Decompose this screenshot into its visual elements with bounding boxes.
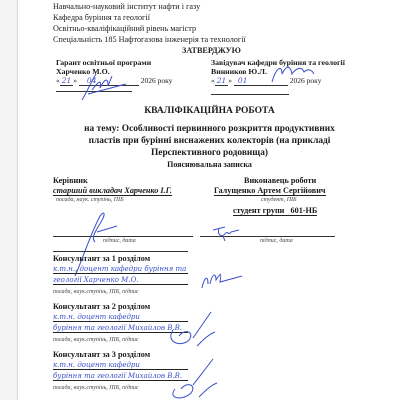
document-page: Навчально-науковий інститут нафти і газу… <box>17 0 400 400</box>
consultant-1-label: Консультант за 1 розділом <box>53 254 150 263</box>
explanatory-note: Пояснювальна записка <box>18 160 400 169</box>
department-name: Кафедра буріння та геології <box>53 13 150 23</box>
consultant-1-hand-line-1: к.т.н., доцент кафедри буріння та <box>53 265 188 274</box>
consultant-3-caption: посада, наук.ступінь, ПІБ, підпис <box>53 385 139 391</box>
supervisor-label: Керівник <box>53 176 88 185</box>
author-sign-caption: підпис, дата <box>260 238 293 244</box>
supervisor-value: старший викладач Харченко І.Г. <box>53 186 172 196</box>
head-of-department-name: Винников Ю.Л. <box>211 67 267 76</box>
consultant-2-caption: посада, наук.ступінь, ПІБ, підпис <box>53 337 139 343</box>
author-label: Виконавець роботи <box>244 176 316 185</box>
work-title: КВАЛІФІКАЦІЙНА РОБОТА <box>18 106 400 116</box>
guarantor-year: 2026 року <box>141 76 173 85</box>
theme-line-1: на тему: Особливості первинного розкритт… <box>18 124 400 136</box>
guarantor-signature-icon <box>78 70 138 104</box>
consultant-1-signature-icon <box>198 268 248 292</box>
head-signature-icon <box>268 60 318 88</box>
consultant-3-label: Консультант за 3 розділом <box>53 350 150 359</box>
head-day: 21 <box>215 76 229 86</box>
theme-line-2: пластів при бурінні виснажених колекторі… <box>18 136 400 148</box>
author-value: Галущенко Артем Сергійович <box>214 186 326 196</box>
divider-line <box>53 251 188 252</box>
institute-name: Навчально-науковий інститут нафти і газу <box>53 2 200 12</box>
guarantor-day: 21 <box>60 76 74 86</box>
consultant-1-hand-line-2: геології Харченко М.О. <box>53 276 188 285</box>
degree-level: Освітньо-кваліфікаційний рівень магістр <box>53 24 196 34</box>
student-group: студент групи 601-НБ <box>233 206 317 216</box>
theme-line-3: Перспективного родовища) <box>18 148 400 160</box>
author-signature-icon <box>211 224 241 242</box>
supervisor-caption: посада, наук. ступінь, ПІБ <box>56 197 124 203</box>
consultant-2-signature-icon <box>163 310 223 350</box>
approve-heading: ЗАТВЕРДЖУЮ <box>182 46 241 56</box>
consultant-1-caption: посада, наук.ступінь, ПІБ, підпис <box>53 289 139 295</box>
author-caption: студент, ПІБ <box>261 197 297 203</box>
consultant-3-signature-icon <box>163 355 223 400</box>
head-sign-line <box>211 94 289 95</box>
consultant-2-label: Консультант за 2 розділом <box>53 302 150 311</box>
specialty: Спеціальність 185 Нафтогазова інженерія … <box>53 35 246 45</box>
guarantor-role: Гарант освітньої програми <box>56 58 151 67</box>
